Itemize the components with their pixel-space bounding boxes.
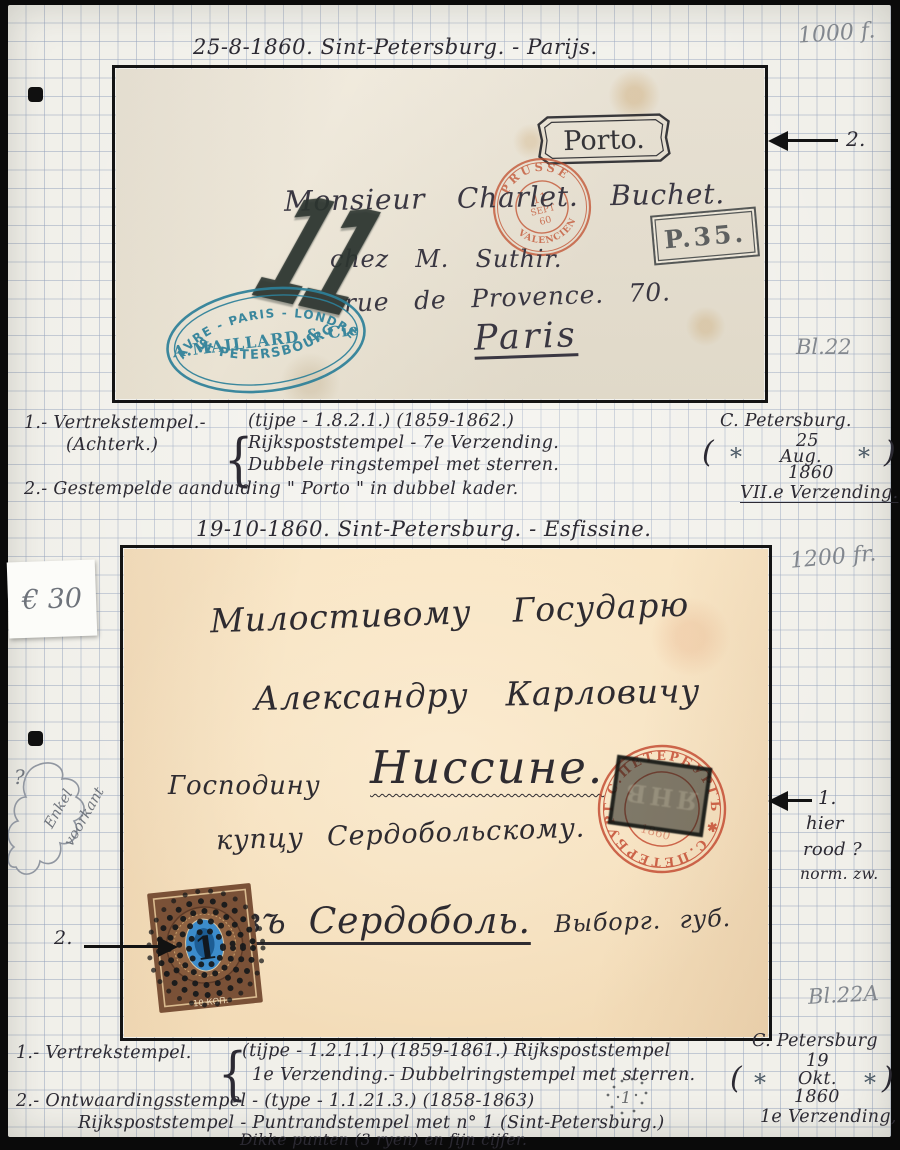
pencil-ref-top: Bl.22: [796, 335, 852, 359]
note2-line4: Dikke punten (3 ryen) en fijn cijfer.: [240, 1131, 527, 1149]
cover2-address-line2: Александру Карловичу: [254, 671, 701, 718]
arrow-left-icon: [768, 131, 788, 151]
cover2-arrow2-label: 2.: [54, 927, 73, 949]
cover2-address-line1: Милостивому Государю: [209, 585, 689, 641]
block2-year: 1860: [794, 1087, 840, 1107]
note2-brace-line1: (tijpe - 1.2.1.1.) (1859-1861.) Rijkspos…: [242, 1041, 670, 1061]
pencil-price-top: 1000 f.: [797, 18, 876, 48]
price-sticker: € 30: [7, 559, 98, 638]
arrow-line: [84, 945, 160, 948]
block1-year: 1860: [788, 463, 834, 483]
block1-star-right: *: [858, 443, 870, 471]
svg-text:1: 1: [621, 1088, 631, 1107]
note-rood: rood ?: [803, 839, 862, 860]
block2-day: 19: [806, 1051, 829, 1071]
pencil-ref-bottom: Bl.22A: [807, 981, 879, 1009]
block1-star-left: *: [730, 443, 742, 471]
graph-paper: 1000 f. 25-8-1860. Sint-Petersburg. - Pa…: [8, 5, 891, 1137]
block1-paren-left: (: [702, 435, 714, 470]
arrow-line: [786, 799, 812, 802]
svg-text:60: 60: [538, 214, 552, 228]
cover1-envelope: Porto. PRUSSE VALENCIEN 11 SEPT: [116, 69, 764, 399]
album-page-scan: 1000 f. 25-8-1860. Sint-Petersburg. - Pa…: [0, 0, 900, 1150]
note1-line2: 2.- Gestempelde aanduiding " Porto " in …: [24, 479, 518, 499]
block2-paren-right: ): [882, 1061, 894, 1096]
cover2-address-line4: купцу Сердобольскому.: [216, 813, 586, 857]
cover1-arrow-label: 2.: [846, 127, 866, 151]
p35-boxed-handstamp: P.35.: [650, 206, 760, 265]
cover2-address-line3a: Господину: [168, 771, 320, 801]
cover2-envelope: Милостивому Государю Александру Карлович…: [124, 549, 768, 1037]
block1-dispatch: VII.e Verzending.: [740, 483, 898, 503]
arrow-left-icon: [768, 791, 788, 811]
cover2-address-name: Ниссине.: [370, 741, 604, 794]
note2-line1a: 1.- Vertrekstempel.: [16, 1043, 192, 1063]
block2-place: C. Petersburg: [752, 1031, 878, 1051]
note-norm-zw: norm. zw.: [800, 865, 879, 883]
block1-place: C. Petersburg.: [720, 411, 852, 431]
block1-paren-right: ): [884, 435, 896, 470]
cover2-address-line5b: Выборг. губ.: [554, 904, 732, 938]
maillard-oval-cachet: HAVRE - PARIS - LONDRES A.MAILLARD & Cie…: [154, 271, 378, 399]
svg-text:1: 1: [192, 928, 219, 969]
section1-title: 25-8-1860. Sint-Petersburg. - Parijs.: [193, 35, 598, 59]
punch-hole-top: [28, 87, 43, 102]
pencil-price-mid: 1200 fr.: [789, 541, 877, 573]
cover1-address-line3: rue de Provence. 70.: [344, 277, 672, 317]
cover2-mount-frame: Милостивому Государю Александру Карлович…: [120, 545, 772, 1041]
block2-dispatch: 1e Verzending,: [760, 1107, 897, 1127]
note2-line2: 2.- Ontwaardingsstempel - (type - 1.1.21…: [16, 1091, 535, 1111]
block2-paren-left: (: [730, 1061, 742, 1096]
cover1-address-city: Paris: [473, 315, 578, 359]
note1-brace-line2: Rijkspoststempel - 7e Verzending.: [248, 433, 559, 453]
black-boxed-datestamp: ЯНВ: [608, 755, 713, 838]
note2-line3: Rijkspoststempel - Puntrandstempel met n…: [78, 1113, 665, 1133]
block2-star-left: *: [754, 1069, 766, 1097]
note1-line1b: (Achterk.): [66, 435, 158, 455]
block2-month: Okt.: [798, 1069, 837, 1089]
cover1-mount-frame: Porto. PRUSSE VALENCIEN 11 SEPT: [112, 65, 768, 403]
sketch-question: ?: [14, 765, 25, 789]
dotted-doodle: 1: [600, 1073, 652, 1119]
note1-brace-line3: Dubbele ringstempel met sterren.: [248, 455, 559, 475]
section2-title: 19-10-1860. Sint-Petersburg. - Esfissine…: [196, 517, 652, 541]
cover2-arrow1-label: 1.: [818, 787, 837, 809]
arrow-right-icon: [158, 937, 178, 957]
note1-line1a: 1.- Vertrekstempel.-: [24, 413, 206, 433]
arrow-line: [786, 139, 838, 142]
block2-star-right: *: [864, 1069, 876, 1097]
note-hier: hier: [806, 813, 844, 834]
note1-brace-line1: (tijpe - 1.8.2.1.) (1859-1862.): [248, 411, 514, 431]
punch-hole-middle: [28, 731, 43, 746]
